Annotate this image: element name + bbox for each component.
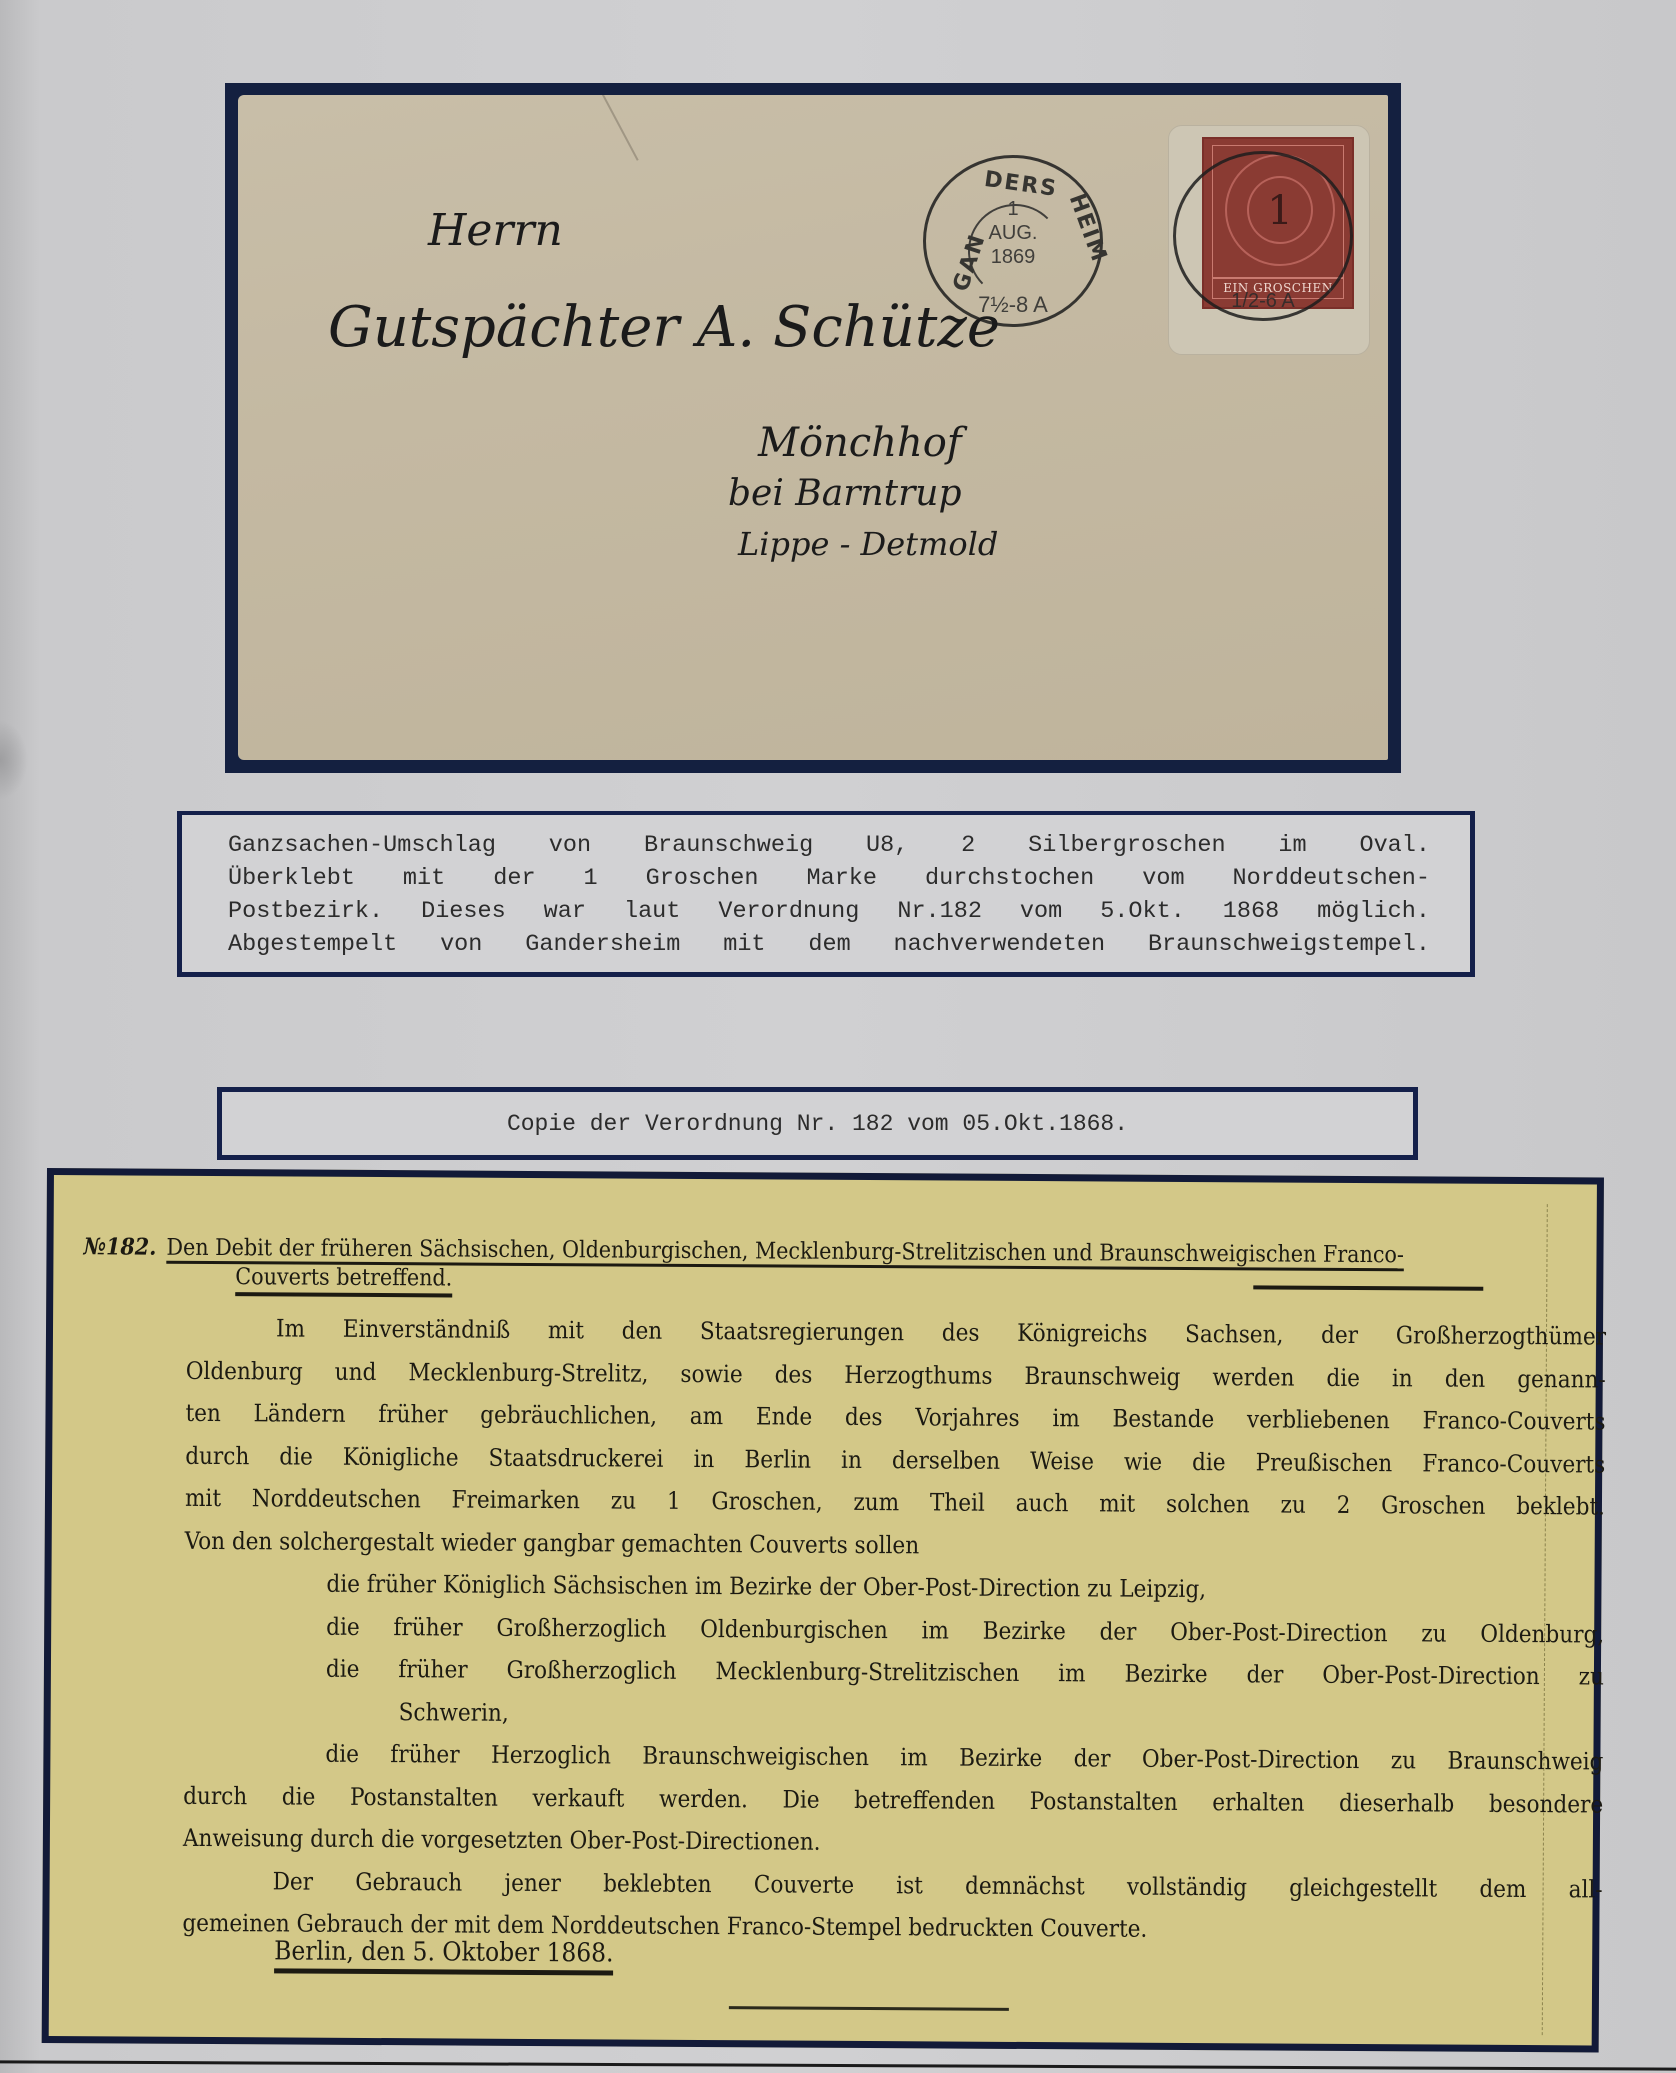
address-salutation: Herrn [428, 205, 563, 256]
page-edge-shadow [0, 720, 28, 800]
postmark-month: AUG. [926, 222, 1100, 244]
decree-title-continuation: Couverts betreffend. [235, 1264, 452, 1297]
postmark-day: 1 [926, 198, 1100, 220]
description-text: Ganzsachen-Umschlag von Braunschweig U8,… [228, 829, 1430, 961]
decree-signature: Berlin, den 5. Oktober 1868. [274, 1936, 614, 1975]
address-place: Mönchhof [758, 420, 962, 466]
description-line: Überklebt mit der 1 Groschen Marke durch… [228, 862, 1430, 895]
address-name: Gutspächter A. Schütze [328, 295, 1000, 360]
decree-caption: Copie der Verordnung Nr. 182 vom 05.Okt.… [507, 1111, 1128, 1137]
decree-body: Im Einverständniß mit den Staatsregierun… [182, 1307, 1606, 1953]
stamp-cancel-time: 1/2-6 A [1176, 290, 1350, 312]
decree-list-item: die früher Großherzoglich Mecklenburg-St… [184, 1647, 1604, 1698]
decree-number: №182. [83, 1233, 156, 1260]
envelope-crease [599, 95, 638, 161]
description-line: Ganzsachen-Umschlag von Braunschweig U8,… [228, 829, 1430, 862]
title-double-underline [1253, 1285, 1483, 1290]
envelope-cover: GAN DERS HEIM 1 AUG. 1869 7½-8 A 1 EIN G… [238, 95, 1388, 760]
envelope-mount-frame: GAN DERS HEIM 1 AUG. 1869 7½-8 A 1 EIN G… [225, 83, 1401, 773]
decree-caption-box: Copie der Verordnung Nr. 182 vom 05.Okt.… [217, 1087, 1418, 1160]
decree-end-rule [729, 2006, 1009, 2011]
postmark-town-top: DERS [983, 167, 1060, 202]
decree-title: Den Debit der früheren Sächsischen, Olde… [166, 1235, 1404, 1269]
description-box: Ganzsachen-Umschlag von Braunschweig U8,… [177, 811, 1475, 977]
address-region: Lippe - Detmold [738, 525, 998, 563]
decree-copy: №182.Den Debit der früheren Sächsischen,… [42, 1168, 1604, 2052]
address-locality: bei Barntrup [728, 473, 962, 514]
stamp-cancellation-postmark: 1/2-6 A [1173, 151, 1353, 321]
description-line: Postbezirk. Dieses war laut Verordnung N… [228, 895, 1430, 928]
description-line: Abgestempelt von Gandersheim mit dem nac… [228, 928, 1430, 961]
postmark-year: 1869 [926, 246, 1100, 268]
